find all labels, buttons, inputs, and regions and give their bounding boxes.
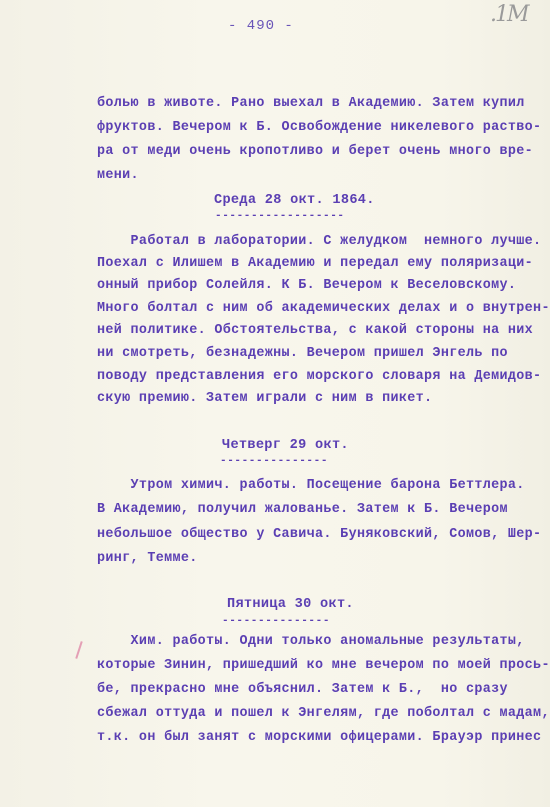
- page-number: - 490 -: [228, 18, 294, 34]
- text-line: ринг, Темме.: [97, 551, 198, 566]
- heading-underline: ------------------: [215, 212, 345, 220]
- entry-heading-wednesday: Среда 28 окт. 1864.: [214, 193, 375, 208]
- text-line: небольшое общество у Савича. Буняковский…: [97, 527, 541, 542]
- text-line: Хим. работы. Одни только аномальные резу…: [97, 634, 525, 649]
- text-line: Утром химич. работы. Посещение барона Бе…: [97, 478, 525, 493]
- text-line: ней политике. Обстоятельства, с какой ст…: [97, 323, 533, 338]
- typewritten-page: - 490 - .1M болью в животе. Рано выехал …: [0, 0, 550, 807]
- heading-underline: ---------------: [222, 617, 330, 625]
- text-line: поводу представления его морского словар…: [97, 369, 541, 384]
- text-line: фруктов. Вечером к Б. Освобождение никел…: [97, 120, 541, 135]
- text-line: болью в животе. Рано выехал в Академию. …: [97, 96, 525, 111]
- margin-pencil-mark: [75, 641, 82, 659]
- entry-heading-friday: Пятница 30 окт.: [227, 597, 354, 612]
- text-line: онный прибор Солейля. К Б. Вечером к Вес…: [97, 278, 516, 293]
- text-line: т.к. он был занят с морскими офицерами. …: [97, 730, 541, 745]
- text-line: ра от меди очень кропотливо и берет очен…: [97, 144, 533, 159]
- text-line: сбежал оттуда и пошел к Энгелям, где поб…: [97, 706, 550, 721]
- text-line: ни смотреть, безнадежны. Вечером пришел …: [97, 346, 508, 361]
- entry-heading-thursday: Четверг 29 окт.: [222, 438, 349, 453]
- text-line: скую премию. Затем играли с ним в пикет.: [97, 391, 432, 406]
- text-line: Работал в лаборатории. С желудком немног…: [97, 234, 541, 249]
- archive-folio-number: .1M: [490, 2, 528, 27]
- heading-underline: ---------------: [220, 457, 328, 465]
- text-line: мени.: [97, 168, 139, 183]
- text-line: В Академию, получил жалованье. Затем к Б…: [97, 502, 508, 517]
- text-line: Много болтал с ним об академических дела…: [97, 301, 550, 316]
- text-line: бе, прекрасно мне объяснил. Затем к Б., …: [97, 682, 508, 697]
- text-line: которые Зинин, пришедший ко мне вечером …: [97, 658, 550, 673]
- text-line: Поехал с Илишем в Академию и передал ему…: [97, 256, 533, 271]
